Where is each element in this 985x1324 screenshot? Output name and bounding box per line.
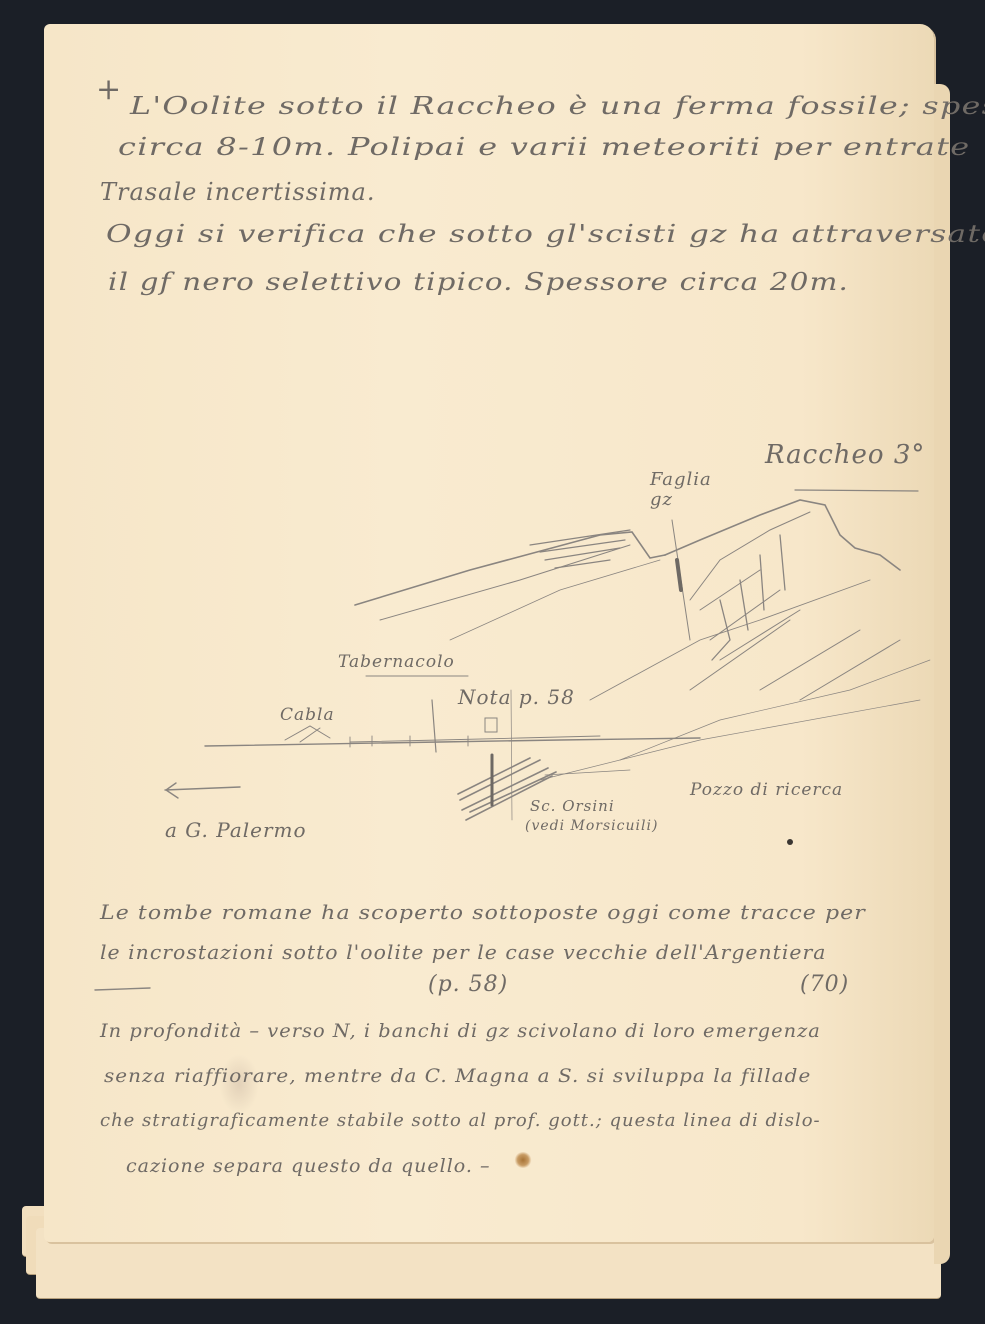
sketch-title: Raccheo 3°	[765, 440, 925, 470]
bottom-line-2: le incrostazioni sotto l'oolite per le c…	[100, 940, 826, 964]
bottom-line-5: che stratigraficamente stabile sotto al …	[100, 1110, 821, 1131]
note-ref-label: Nota p. 58	[458, 685, 575, 709]
fault-label: Faglia gz	[650, 470, 690, 510]
ref-70: (70)	[800, 972, 849, 997]
bottom-line-3: In profondità – verso N, i banchi di gz …	[100, 1020, 821, 1042]
quarry-sublabel: (vedi Morsicuili)	[525, 818, 658, 834]
bottom-line-1: Le tombe romane ha scoperto sottoposte o…	[100, 900, 866, 924]
tabernacle-label: Tabernacolo	[338, 652, 455, 672]
well-label: Pozzo di ricerca	[690, 780, 843, 800]
bottom-line-4: senza riaffiorare, mentre da C. Magna a …	[104, 1065, 811, 1087]
quarry-label: Sc. Orsini	[530, 797, 615, 815]
left-label: Cabla	[280, 705, 335, 725]
arrow-label: a G. Palermo	[165, 818, 307, 842]
ref-p58: (p. 58)	[428, 972, 508, 997]
bottom-line-6: cazione separa questo da quello. –	[126, 1155, 490, 1177]
